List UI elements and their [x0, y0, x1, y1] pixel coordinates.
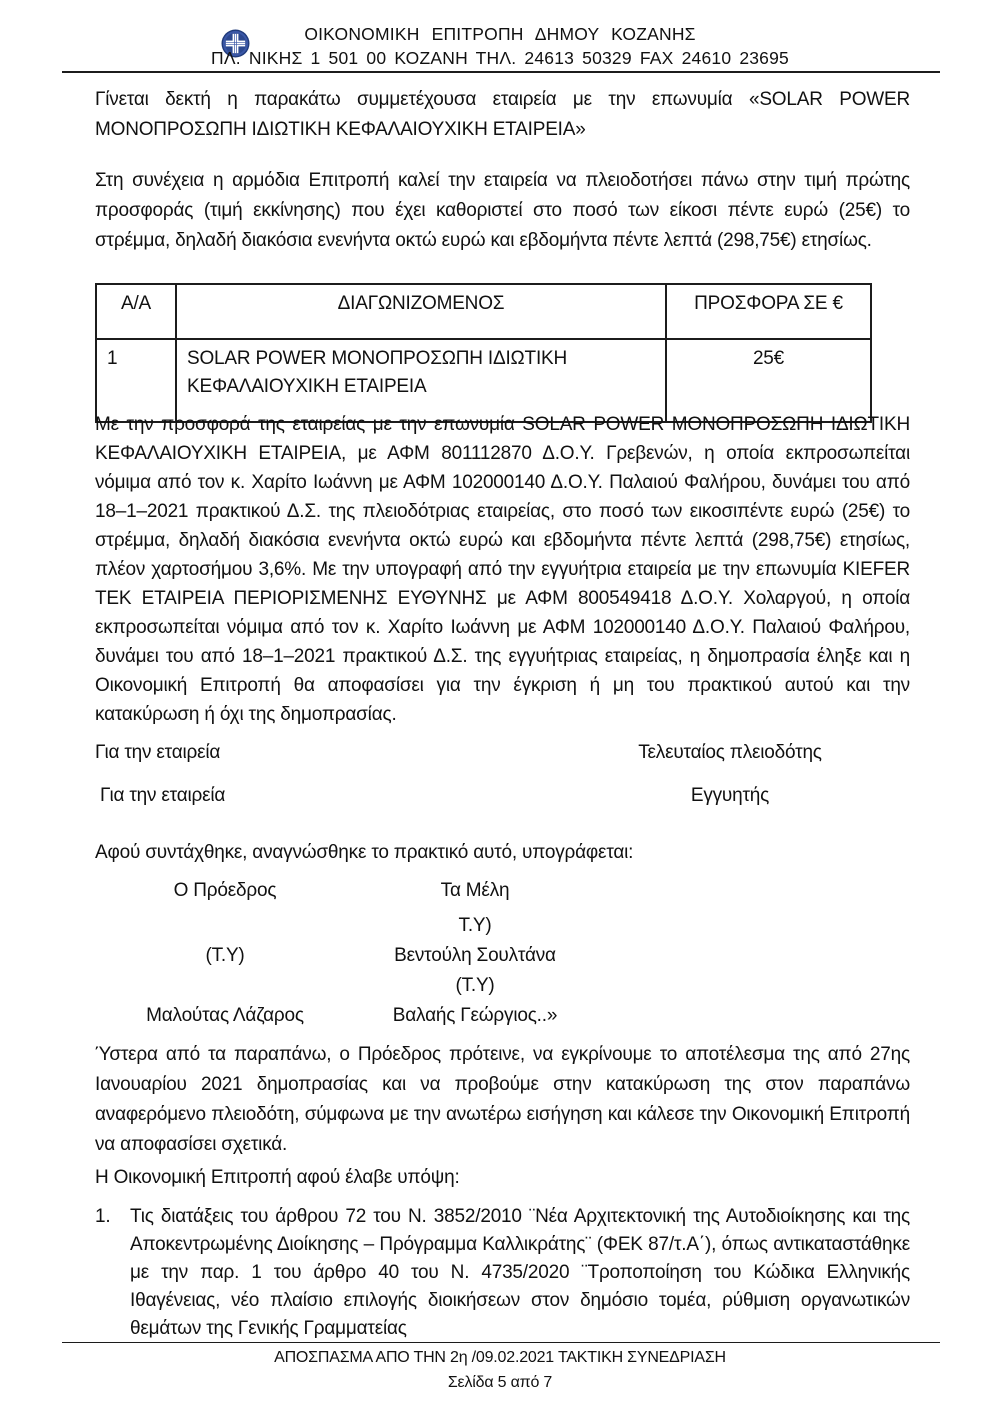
signature-guarantor-label: Εγγυητής: [580, 781, 880, 811]
members-title: Τα Μέλη: [355, 876, 595, 906]
bidders-table: Α/Α ΔΙΑΓΩΝΙΖΟΜΕΝΟΣ ΠΡΟΣΦΟΡΑ ΣΕ € 1 SOLAR…: [95, 283, 872, 423]
list-item-1: 1. Τις διατάξεις του άρθρου 72 του Ν. 38…: [95, 1203, 910, 1343]
page-footer: ΑΠΟΣΠΑΣΜΑ ΑΠΟ ΤΗΝ 2η /09.02.2021 ΤΑΚΤΙΚΗ…: [0, 1342, 1000, 1395]
header-divider: [62, 71, 940, 73]
paragraph-acceptance: Γίνεται δεκτή η παρακάτω συμμετέχουσα ετ…: [95, 85, 910, 145]
signature-last-bidder-label: Τελευταίος πλειοδότης: [580, 738, 880, 768]
member-name-2: Βαλαής Γεώργιος..»: [355, 1001, 595, 1031]
president-stamp: (Τ.Υ): [95, 941, 355, 971]
document-header: ΟΙΚΟΝΟΜΙΚΗ ΕΠΙΤΡΟΠΗ ΔΗΜΟΥ ΚΟΖΑΝΗΣ ΠΛ. ΝΙ…: [0, 22, 1000, 70]
member-stamp-1: Τ.Υ): [355, 911, 595, 941]
paragraph-president-proposal: Ύστερα από τα παραπάνω, ο Πρόεδρος πρότε…: [95, 1040, 910, 1160]
footer-page-number: Σελίδα 5 από 7: [0, 1370, 1000, 1395]
member-stamp-2: (Τ.Υ): [355, 971, 595, 1001]
paragraph-committee-considered: Η Οικονομική Επιτροπή αφού έλαβε υπόψη:: [95, 1163, 910, 1193]
signature-row-1: Για την εταιρεία Τελευταίος πλειοδότης: [95, 738, 910, 768]
col-header-offer: ΠΡΟΣΦΟΡΑ ΣΕ €: [666, 284, 871, 339]
table-header-row: Α/Α ΔΙΑΓΩΝΙΖΟΜΕΝΟΣ ΠΡΟΣΦΟΡΑ ΣΕ €: [96, 284, 871, 339]
header-address-contact: ΠΛ. ΝΙΚΗΣ 1 501 00 ΚΟΖΑΝΗ ΤΗΛ. 24613 503…: [0, 46, 1000, 70]
officials-block: Ο Πρόεδρος Τα Μέλη Τ.Υ) (Τ.Υ) Βεντούλη Σ…: [95, 876, 910, 1031]
header-committee-title: ΟΙΚΟΝΟΜΙΚΗ ΕΠΙΤΡΟΠΗ ΔΗΜΟΥ ΚΟΖΑΝΗΣ: [0, 22, 1000, 46]
president-name: Μαλούτας Λάζαρος: [95, 1001, 355, 1031]
signature-company-label-1: Για την εταιρεία: [95, 738, 220, 768]
empty-cell: [95, 911, 355, 941]
document-page: ΟΙΚΟΝΟΜΙΚΗ ΕΠΙΤΡΟΠΗ ΔΗΜΟΥ ΚΟΖΑΝΗΣ ΠΛ. ΝΙ…: [0, 0, 1000, 1415]
member-name-1: Βεντούλη Σουλτάνα: [355, 941, 595, 971]
list-item-1-text: Τις διατάξεις του άρθρου 72 του Ν. 3852/…: [130, 1203, 910, 1343]
list-item-1-number: 1.: [95, 1203, 130, 1343]
col-header-aa: Α/Α: [96, 284, 176, 339]
signature-row-2: Για την εταιρεία Εγγυητής: [95, 781, 910, 811]
paragraph-starting-price: Στη συνέχεια η αρμόδια Επιτροπή καλεί τη…: [95, 166, 910, 256]
paragraph-award-details: Με την προσφορά της εταιρείας με την επω…: [95, 410, 910, 729]
footer-divider: [62, 1342, 940, 1343]
footer-session-info: ΑΠΟΣΠΑΣΜΑ ΑΠΟ ΤΗΝ 2η /09.02.2021 ΤΑΚΤΙΚΗ…: [0, 1345, 1000, 1370]
col-header-bidder: ΔΙΑΓΩΝΙΖΟΜΕΝΟΣ: [176, 284, 666, 339]
signature-company-label-2: Για την εταιρεία: [95, 781, 225, 811]
paragraph-signing-statement: Αφού συντάχθηκε, αναγνώσθηκε το πρακτικό…: [95, 838, 910, 868]
empty-cell: [95, 971, 355, 1001]
president-title: Ο Πρόεδρος: [95, 876, 355, 906]
